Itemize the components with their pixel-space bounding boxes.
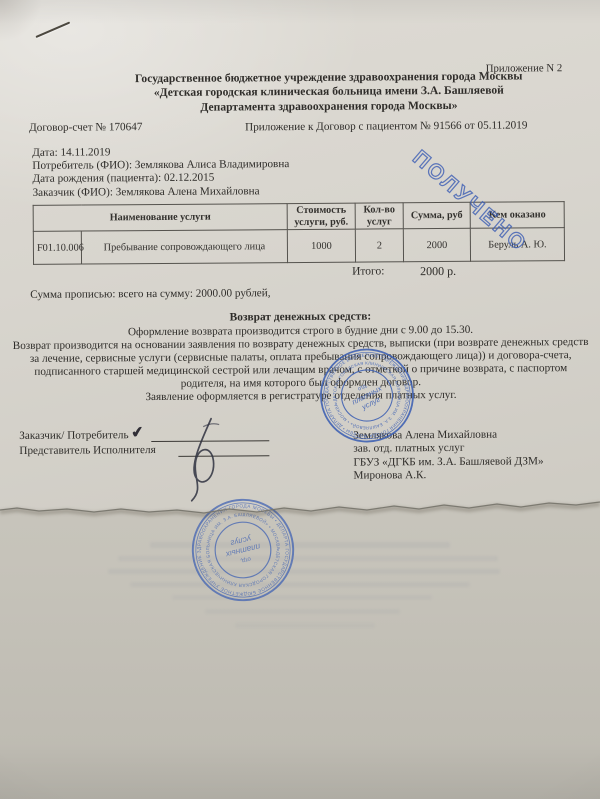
representative-signature-label: Представитель Исполнителя xyxy=(19,444,155,457)
customer-signature-label: Заказчик/ Потребитель xyxy=(19,429,128,442)
header-qty: Кол-во услуг xyxy=(355,203,403,229)
checkmark-mark: ✔ xyxy=(130,422,145,443)
svg-text:«ДЕТСКАЯ ГОРОДСКАЯ КЛИНИЧЕСКАЯ: «ДЕТСКАЯ ГОРОДСКАЯ КЛИНИЧЕСКАЯ БОЛЬНИЦА … xyxy=(204,510,305,612)
cell-service: Пребывание сопровождающего лица xyxy=(81,230,287,264)
stamp-ring-inner-text: «ДЕТСКАЯ ГОРОДСКАЯ КЛИНИЧЕСКАЯ БОЛЬНИЦА … xyxy=(204,510,305,612)
refund-note: Заявление оформляется в регистратуре отд… xyxy=(12,388,590,405)
header-service: Наименование услуги xyxy=(33,204,287,232)
round-stamp-bottom: ГОСУДАРСТВЕННОЕ БЮДЖЕТНОЕ УЧРЕЖДЕНИЕ ЗДР… xyxy=(181,488,305,612)
cell-code: F01.10.006 xyxy=(33,231,81,264)
document-content: Приложение N 2 Государственное бюджетное… xyxy=(0,0,600,516)
total-value: 2000 р. xyxy=(420,264,456,279)
contract-number: Договор-счет № 170647 xyxy=(29,121,142,134)
cell-price: 1000 xyxy=(287,229,355,262)
header-price: Стоимость услуги, руб. xyxy=(287,203,355,229)
cell-sum: 2000 xyxy=(403,228,470,261)
table-row: F01.10.006 Пребывание сопровождающего ли… xyxy=(33,228,564,265)
approver-person: Миронова А.К. xyxy=(353,468,593,483)
staple-mark xyxy=(35,21,70,38)
patient-info: Дата: 14.11.2019 Потребитель (ФИО): Земл… xyxy=(32,145,289,200)
org-title: Государственное бюджетное учреждение здр… xyxy=(59,69,599,116)
top-sheet: Приложение N 2 Государственное бюджетное… xyxy=(0,0,600,514)
annex-reference: Приложение к Договор с пациентом № 91566… xyxy=(245,119,527,133)
org-title-line3: Департамента здравоохранения города Моск… xyxy=(59,98,599,116)
consumer-line: Потребитель (ФИО): Землякова Алиса Влади… xyxy=(32,158,289,173)
bleed-mark xyxy=(108,569,500,574)
cell-qty: 2 xyxy=(355,229,403,262)
total-label: Итого: xyxy=(352,265,384,277)
document-photo: Приложение N 2 Государственное бюджетное… xyxy=(0,0,600,799)
sum-in-words: Сумма прописью: всего на сумму: 2000.00 … xyxy=(30,287,270,301)
bleed-mark xyxy=(118,556,498,561)
bleed-mark xyxy=(235,623,375,628)
customer-line: Заказчик (ФИО): Землякова Алена Михайлов… xyxy=(33,185,290,200)
